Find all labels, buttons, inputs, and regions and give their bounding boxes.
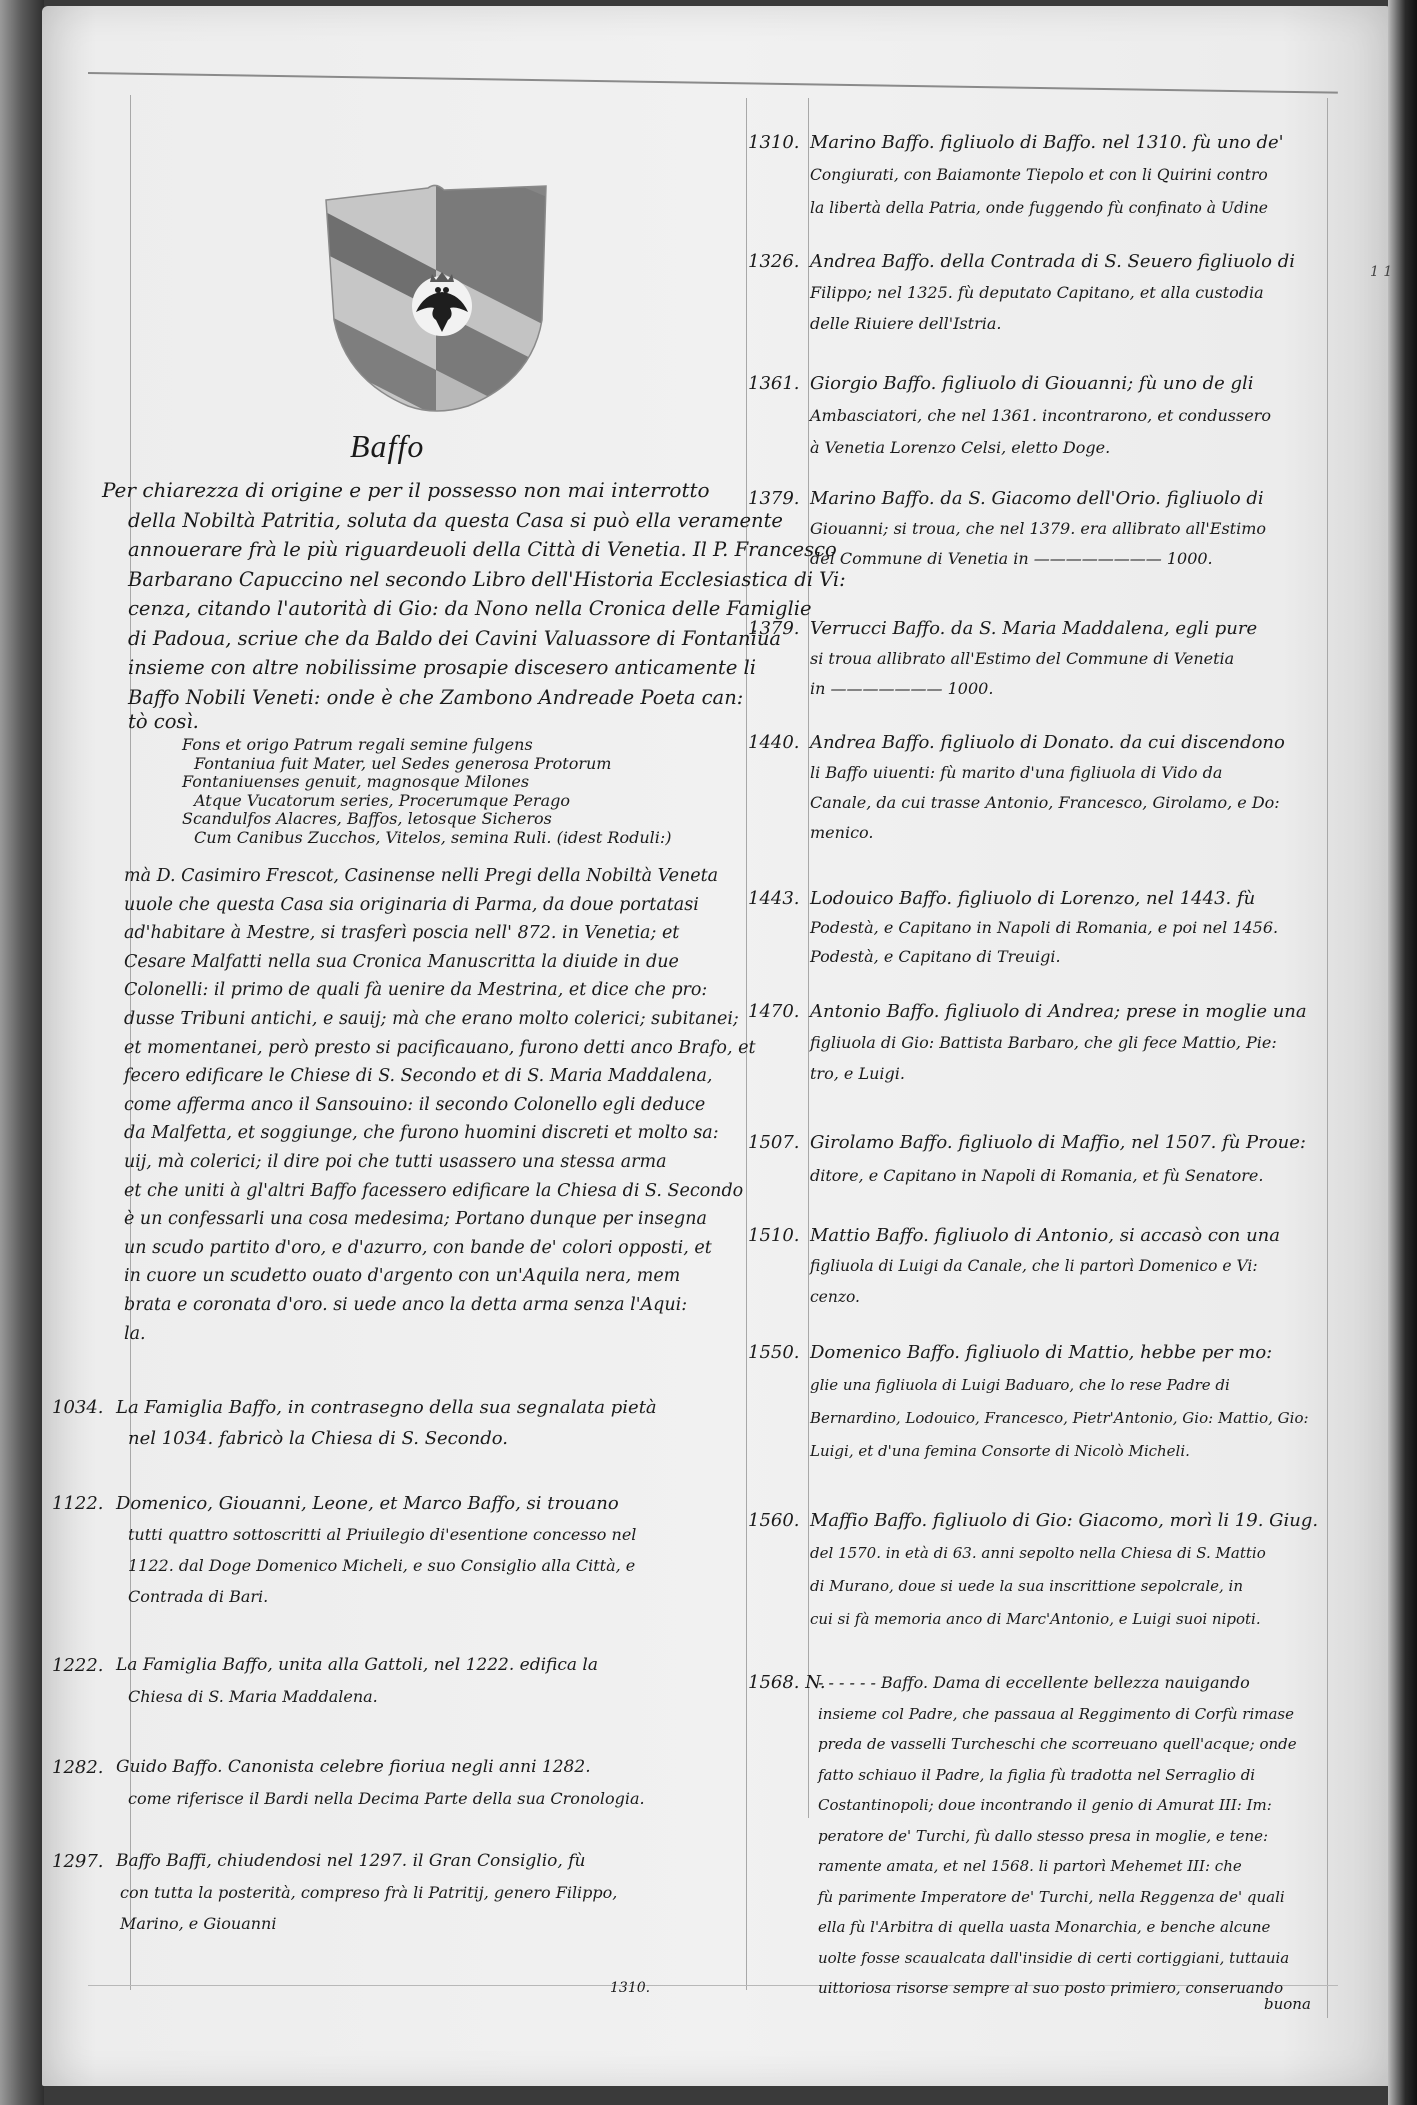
entry-line: à Venetia Lorenzo Celsi, eletto Doge. xyxy=(810,432,1271,464)
entry-line: del 1570. in età di 63. anni sepolto nel… xyxy=(810,1537,1318,1570)
verse-line: Atque Vucatorum series, Procerumque Pera… xyxy=(182,792,671,811)
entry-line: Lodouico Baffo. figliuolo di Lorenzo, ne… xyxy=(810,884,1278,913)
entry-line: Andrea Baffo. figliuolo di Donato. da cu… xyxy=(810,728,1285,758)
entry-year: 1379. xyxy=(748,614,800,644)
entry-line: del Commune di Venetia in ———————— 1000. xyxy=(810,544,1266,574)
text-line: cenza, citando l'autorità di Gio: da Non… xyxy=(102,594,722,624)
entry-line: - - - - - - Baffo. Dama di eccellente be… xyxy=(818,1668,1297,1699)
entry-line: tutti quattro sottoscritti al Priuilegio… xyxy=(116,1519,636,1550)
entry-line: Podestà, e Capitano in Napoli di Romania… xyxy=(810,913,1278,942)
margin-mark: 1 1 xyxy=(1370,264,1392,280)
right-year-rule xyxy=(808,98,809,1818)
entry-line: Guido Baffo. Canonista celebre fioriua n… xyxy=(116,1752,645,1783)
page-number: 1310. xyxy=(610,1980,650,1996)
text-line: Barbarano Capuccino nel secondo Libro de… xyxy=(102,565,722,595)
entry-line: Chiesa di S. Maria Maddalena. xyxy=(116,1681,598,1712)
entry-line: Marino Baffo. da S. Giacomo dell'Orio. f… xyxy=(810,484,1266,514)
text-line: da Malfetta, et soggiunge, che furono hu… xyxy=(124,1119,724,1148)
entry-line: li Baffo uiuenti: fù marito d'una figliu… xyxy=(810,758,1285,788)
entry-line: come riferisce il Bardi nella Decima Par… xyxy=(116,1783,645,1814)
entry-line: Podestà, e Capitano di Treuigi. xyxy=(810,942,1278,971)
entry-line: Mattio Baffo. figliuolo di Antonio, si a… xyxy=(810,1220,1280,1251)
entry-line: Domenico, Giouanni, Leone, et Marco Baff… xyxy=(116,1488,636,1519)
entry-line: ramente amata, et nel 1568. li partorì M… xyxy=(818,1851,1297,1882)
entry-year: 1282. xyxy=(52,1752,104,1783)
entry-line: delle Riuiere dell'Istria. xyxy=(810,308,1295,339)
entry-year: 1361. xyxy=(748,368,800,400)
entry-line: Girolamo Baffo. figliuolo di Maffio, nel… xyxy=(810,1126,1306,1159)
text-line: et momentanei, però presto si pacificaua… xyxy=(124,1034,724,1063)
entry-line: con tutta la posterità, compreso frà li … xyxy=(116,1877,617,1908)
entry-line: cenzo. xyxy=(810,1282,1280,1313)
entry-line: preda de vasselli Turcheschi che scorreu… xyxy=(818,1729,1297,1760)
entry-year: 1470. xyxy=(748,996,800,1027)
text-line: brata e coronata d'oro. si uede anco la … xyxy=(124,1291,724,1320)
entry-line: uittoriosa risorse sempre al suo posto p… xyxy=(818,1973,1297,2004)
entry-line: fatto schiauo il Padre, la figlia fù tra… xyxy=(818,1760,1297,1791)
entry-year: 1510. xyxy=(748,1220,800,1251)
entry-line: Antonio Baffo. figliuolo di Andrea; pres… xyxy=(810,996,1307,1027)
entry-line: Marino, e Giouanni xyxy=(116,1908,617,1939)
entry-line: Congiurati, con Baiamonte Tiepolo et con… xyxy=(810,159,1284,192)
verse-line: Fons et origo Patrum regali semine fulge… xyxy=(182,736,671,755)
entry-line: Marino Baffo. figliuolo di Baffo. nel 13… xyxy=(810,126,1284,159)
catchword: buona xyxy=(1264,1995,1311,2013)
entry-line: fù parimente Imperatore de' Turchi, nell… xyxy=(818,1882,1297,1913)
verse-line: Fontaniuenses genuit, magnosque Milones xyxy=(182,773,671,792)
text-line: uij, mà colerici; il dire poi che tutti … xyxy=(124,1148,724,1177)
text-line: annouerare frà le più riguardeuoli della… xyxy=(102,535,722,565)
entry-line: figliuola di Gio: Battista Barbaro, che … xyxy=(810,1027,1307,1058)
entry-line: ditore, e Capitano in Napoli di Romania,… xyxy=(810,1159,1306,1192)
second-paragraph: mà D. Casimiro Frescot, Casinense nelli … xyxy=(124,862,724,1348)
coat-of-arms-shield-icon xyxy=(318,180,554,416)
entry-year: 1568. N. xyxy=(748,1668,826,1699)
text-line: di Padoua, scriue che da Baldo dei Cavin… xyxy=(102,624,722,654)
entry-line: Luigi, et d'una femina Consorte di Nicol… xyxy=(810,1435,1309,1468)
entry-line: la libertà della Patria, onde fuggendo f… xyxy=(810,192,1284,225)
book-binding-left xyxy=(0,0,44,2105)
text-line: fecero edificare le Chiese di S. Secondo… xyxy=(124,1062,724,1091)
text-line: dusse Tribuni antichi, e sauij; mà che e… xyxy=(124,1005,724,1034)
entry-line: Costantinopoli; doue incontrando il geni… xyxy=(818,1790,1297,1821)
text-line: Cesare Malfatti nella sua Cronica Manusc… xyxy=(124,948,724,977)
entry-line: figliuola di Luigi da Canale, che li par… xyxy=(810,1251,1280,1282)
entry-line: tro, e Luigi. xyxy=(810,1058,1307,1089)
entry-line: Ambasciatori, che nel 1361. incontrarono… xyxy=(810,400,1271,432)
entry-line: Baffo Baffi, chiudendosi nel 1297. il Gr… xyxy=(116,1846,617,1877)
text-line: un scudo partito d'oro, e d'azurro, con … xyxy=(124,1234,724,1263)
entry-year: 1443. xyxy=(748,884,800,913)
entry-line: La Famiglia Baffo, unita alla Gattoli, n… xyxy=(116,1650,598,1681)
text-line: della Nobiltà Patritia, soluta da questa… xyxy=(102,506,722,536)
verse-line: Scandulfos Alacres, Baffos, letosque Sic… xyxy=(182,810,671,829)
verse-line: Fontaniua fuit Mater, uel Sedes generosa… xyxy=(182,755,671,774)
entry-year: 1297. xyxy=(52,1846,104,1877)
entry-line: Maffio Baffo. figliuolo di Gio: Giacomo,… xyxy=(810,1504,1318,1537)
text-line: in cuore un scudetto ouato d'argento con… xyxy=(124,1262,724,1291)
latin-verse: Fons et origo Patrum regali semine fulge… xyxy=(182,736,671,848)
entry-year: 1440. xyxy=(748,728,800,758)
entry-line: Giouanni; si troua, che nel 1379. era al… xyxy=(810,514,1266,544)
entry-line: in ——————— 1000. xyxy=(810,674,1257,704)
entry-year: 1379. xyxy=(748,484,800,514)
entry-line: Contrada di Bari. xyxy=(116,1581,636,1612)
text-line: Colonelli: il primo de quali fà uenire d… xyxy=(124,976,724,1005)
entry-year: 1310. xyxy=(748,126,800,159)
entry-line: Andrea Baffo. della Contrada di S. Seuer… xyxy=(810,246,1295,277)
entry-year: 1222. xyxy=(52,1650,104,1681)
entry-year: 1034. xyxy=(52,1392,104,1423)
entry-line: La Famiglia Baffo, in contrasegno della … xyxy=(116,1392,657,1423)
entry-year: 1560. xyxy=(748,1504,800,1537)
entry-line: ella fù l'Arbitra di quella uasta Monarc… xyxy=(818,1912,1297,1943)
entry-line: cui si fà memoria anco di Marc'Antonio, … xyxy=(810,1603,1318,1636)
entry-line: Domenico Baffo. figliuolo di Mattio, heb… xyxy=(810,1336,1309,1369)
text-line: Per chiarezza di origine e per il posses… xyxy=(102,476,722,506)
entry-year: 1507. xyxy=(748,1126,800,1159)
entry-line: di Murano, doue si uede la sua inscritti… xyxy=(810,1570,1318,1603)
right-margin-rule xyxy=(1327,98,1328,2018)
text-line: uuole che questa Casa sia originaria di … xyxy=(124,891,724,920)
text-line: tò così. xyxy=(102,712,722,732)
text-line: come afferma anco il Sansouino: il secon… xyxy=(124,1091,724,1120)
entry-year: 1122. xyxy=(52,1488,104,1519)
intro-paragraph: Per chiarezza di origine e per il posses… xyxy=(102,476,722,732)
text-line: et che uniti à gl'altri Baffo facessero … xyxy=(124,1177,724,1206)
entry-line: Verrucci Baffo. da S. Maria Maddalena, e… xyxy=(810,614,1257,644)
entry-line: menico. xyxy=(810,818,1285,848)
entry-line: nel 1034. fabricò la Chiesa di S. Second… xyxy=(116,1423,657,1454)
book-binding-right xyxy=(1388,0,1417,2105)
entry-line: glie una figliuola di Luigi Baduaro, che… xyxy=(810,1369,1309,1402)
entry-year: 1326. xyxy=(748,246,800,277)
entry-line: 1122. dal Doge Domenico Micheli, e suo C… xyxy=(116,1550,636,1581)
entry-line: si troua allibrato all'Estimo del Commun… xyxy=(810,644,1257,674)
entry-line: Filippo; nel 1325. fù deputato Capitano,… xyxy=(810,277,1295,308)
family-title: Baffo xyxy=(350,428,424,465)
entry-line: uolte fosse scaualcata dall'insidie di c… xyxy=(818,1943,1297,1974)
entry-line: Giorgio Baffo. figliuolo di Giouanni; fù… xyxy=(810,368,1271,400)
text-line: la. xyxy=(124,1320,724,1349)
text-line: mà D. Casimiro Frescot, Casinense nelli … xyxy=(124,862,724,891)
text-line: ad'habitare à Mestre, si trasferì poscia… xyxy=(124,919,724,948)
entry-line: insieme col Padre, che passaua al Reggim… xyxy=(818,1699,1297,1730)
verse-line: Cum Canibus Zucchos, Vitelos, semina Rul… xyxy=(182,829,671,848)
text-line: è un confessarli una cosa medesima; Port… xyxy=(124,1205,724,1234)
entry-year: 1550. xyxy=(748,1336,800,1369)
entry-line: peratore de' Turchi, fù dallo stesso pre… xyxy=(818,1821,1297,1852)
text-line: insieme con altre nobilissime prosapie d… xyxy=(102,653,722,683)
entry-line: Canale, da cui trasse Antonio, Francesco… xyxy=(810,788,1285,818)
entry-line: Bernardino, Lodouico, Francesco, Pietr'A… xyxy=(810,1402,1309,1435)
text-line: Baffo Nobili Veneti: onde è che Zambono … xyxy=(102,683,722,713)
